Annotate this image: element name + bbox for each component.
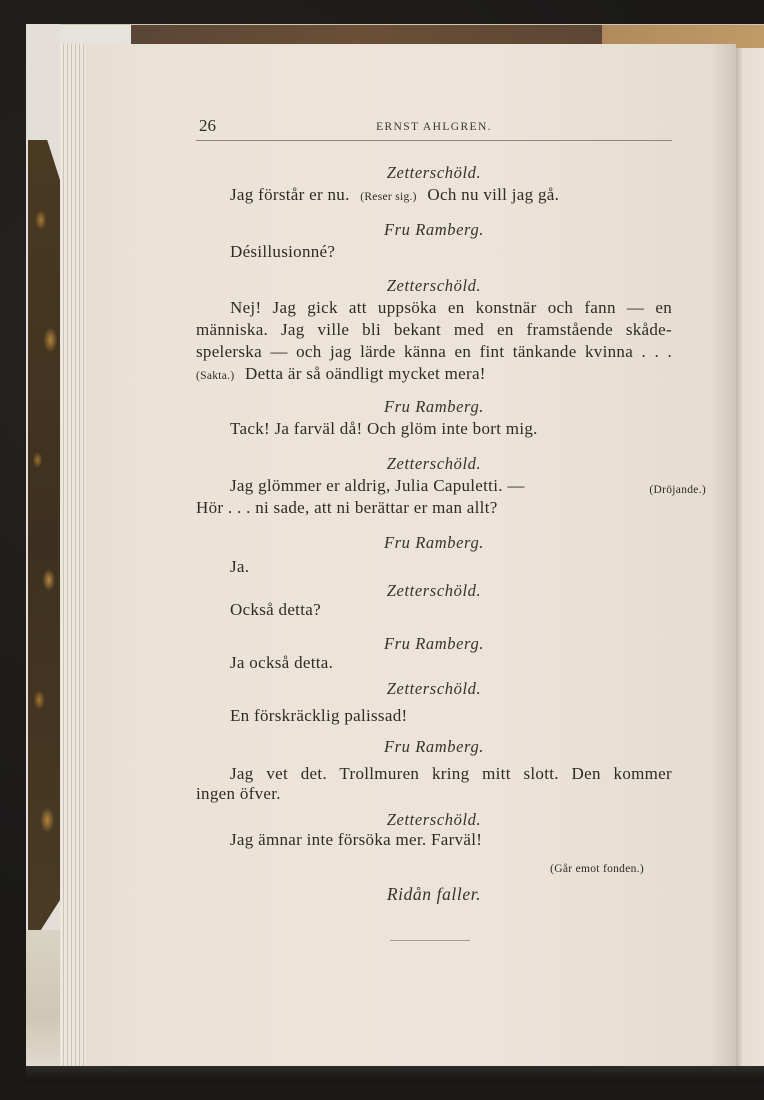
closing-direction: Ridån faller. [196,884,672,905]
speaker-name: Zetterschöld. [196,581,672,601]
dialogue-line: människa. Jag ville bli bekant med en fr… [196,319,672,341]
dialogue-line: Också detta? [196,599,706,621]
running-head-title: ERNST AHLGREN. [196,121,672,133]
dialogue-line: Nej! Jag gick att uppsöka en konstnär oc… [196,297,672,319]
speaker-name: Zetterschöld. [196,679,672,699]
speaker-name: Zetterschöld. [196,163,672,183]
page-bottom-shadow [26,1066,764,1082]
dialogue-line: Tack! Ja farväl då! Och glöm inte bort m… [196,418,706,440]
end-rule [390,940,470,941]
speaker-name: Zetterschöld. [196,276,672,296]
running-head: 26 ERNST AHLGREN. [196,116,672,141]
dialogue-line: Ja också detta. [196,652,706,674]
dialogue-line: spelerska — och jag lärde känna en fint … [196,341,672,363]
facing-page-edge [736,48,764,1068]
dialogue-line: Jag glömmer er aldrig, Julia Capuletti. … [196,475,706,497]
stage-direction: (Går emot fonden.) [196,858,672,880]
dialogue-line: Jag ämnar inte försöka mer. Farväl! [196,829,706,851]
dialogue-line: ingen öfver. [196,783,672,805]
book-cover-corner [26,930,60,1074]
dialogue-line: Jag vet det. Trollmuren kring mitt slott… [196,763,672,785]
speaker-name: Zetterschöld. [196,454,672,474]
speaker-name: Fru Ramberg. [196,634,672,654]
dialogue-line: Désillusionné? [196,241,706,263]
speaker-name: Fru Ramberg. [196,220,672,240]
speaker-name: Fru Ramberg. [196,533,672,553]
stage-direction: (Sakta.) [196,370,234,382]
speaker-name: Fru Ramberg. [196,397,672,417]
dialogue-line: (Sakta.) Detta är så oändligt mycket mer… [196,363,672,387]
dialogue-line: Ja. [196,556,706,578]
speaker-name: Fru Ramberg. [196,737,672,757]
marbled-endpaper [28,140,60,940]
dialogue-line: En förskräcklig palissad! [196,705,706,727]
dialogue-line: Hör . . . ni sade, att ni berättar er ma… [196,497,672,519]
speaker-name: Zetterschöld. [196,810,672,830]
dialogue-line: Jag förstår er nu. (Reser sig.) Och nu v… [196,184,706,208]
stage-direction: (Reser sig.) [360,191,417,203]
